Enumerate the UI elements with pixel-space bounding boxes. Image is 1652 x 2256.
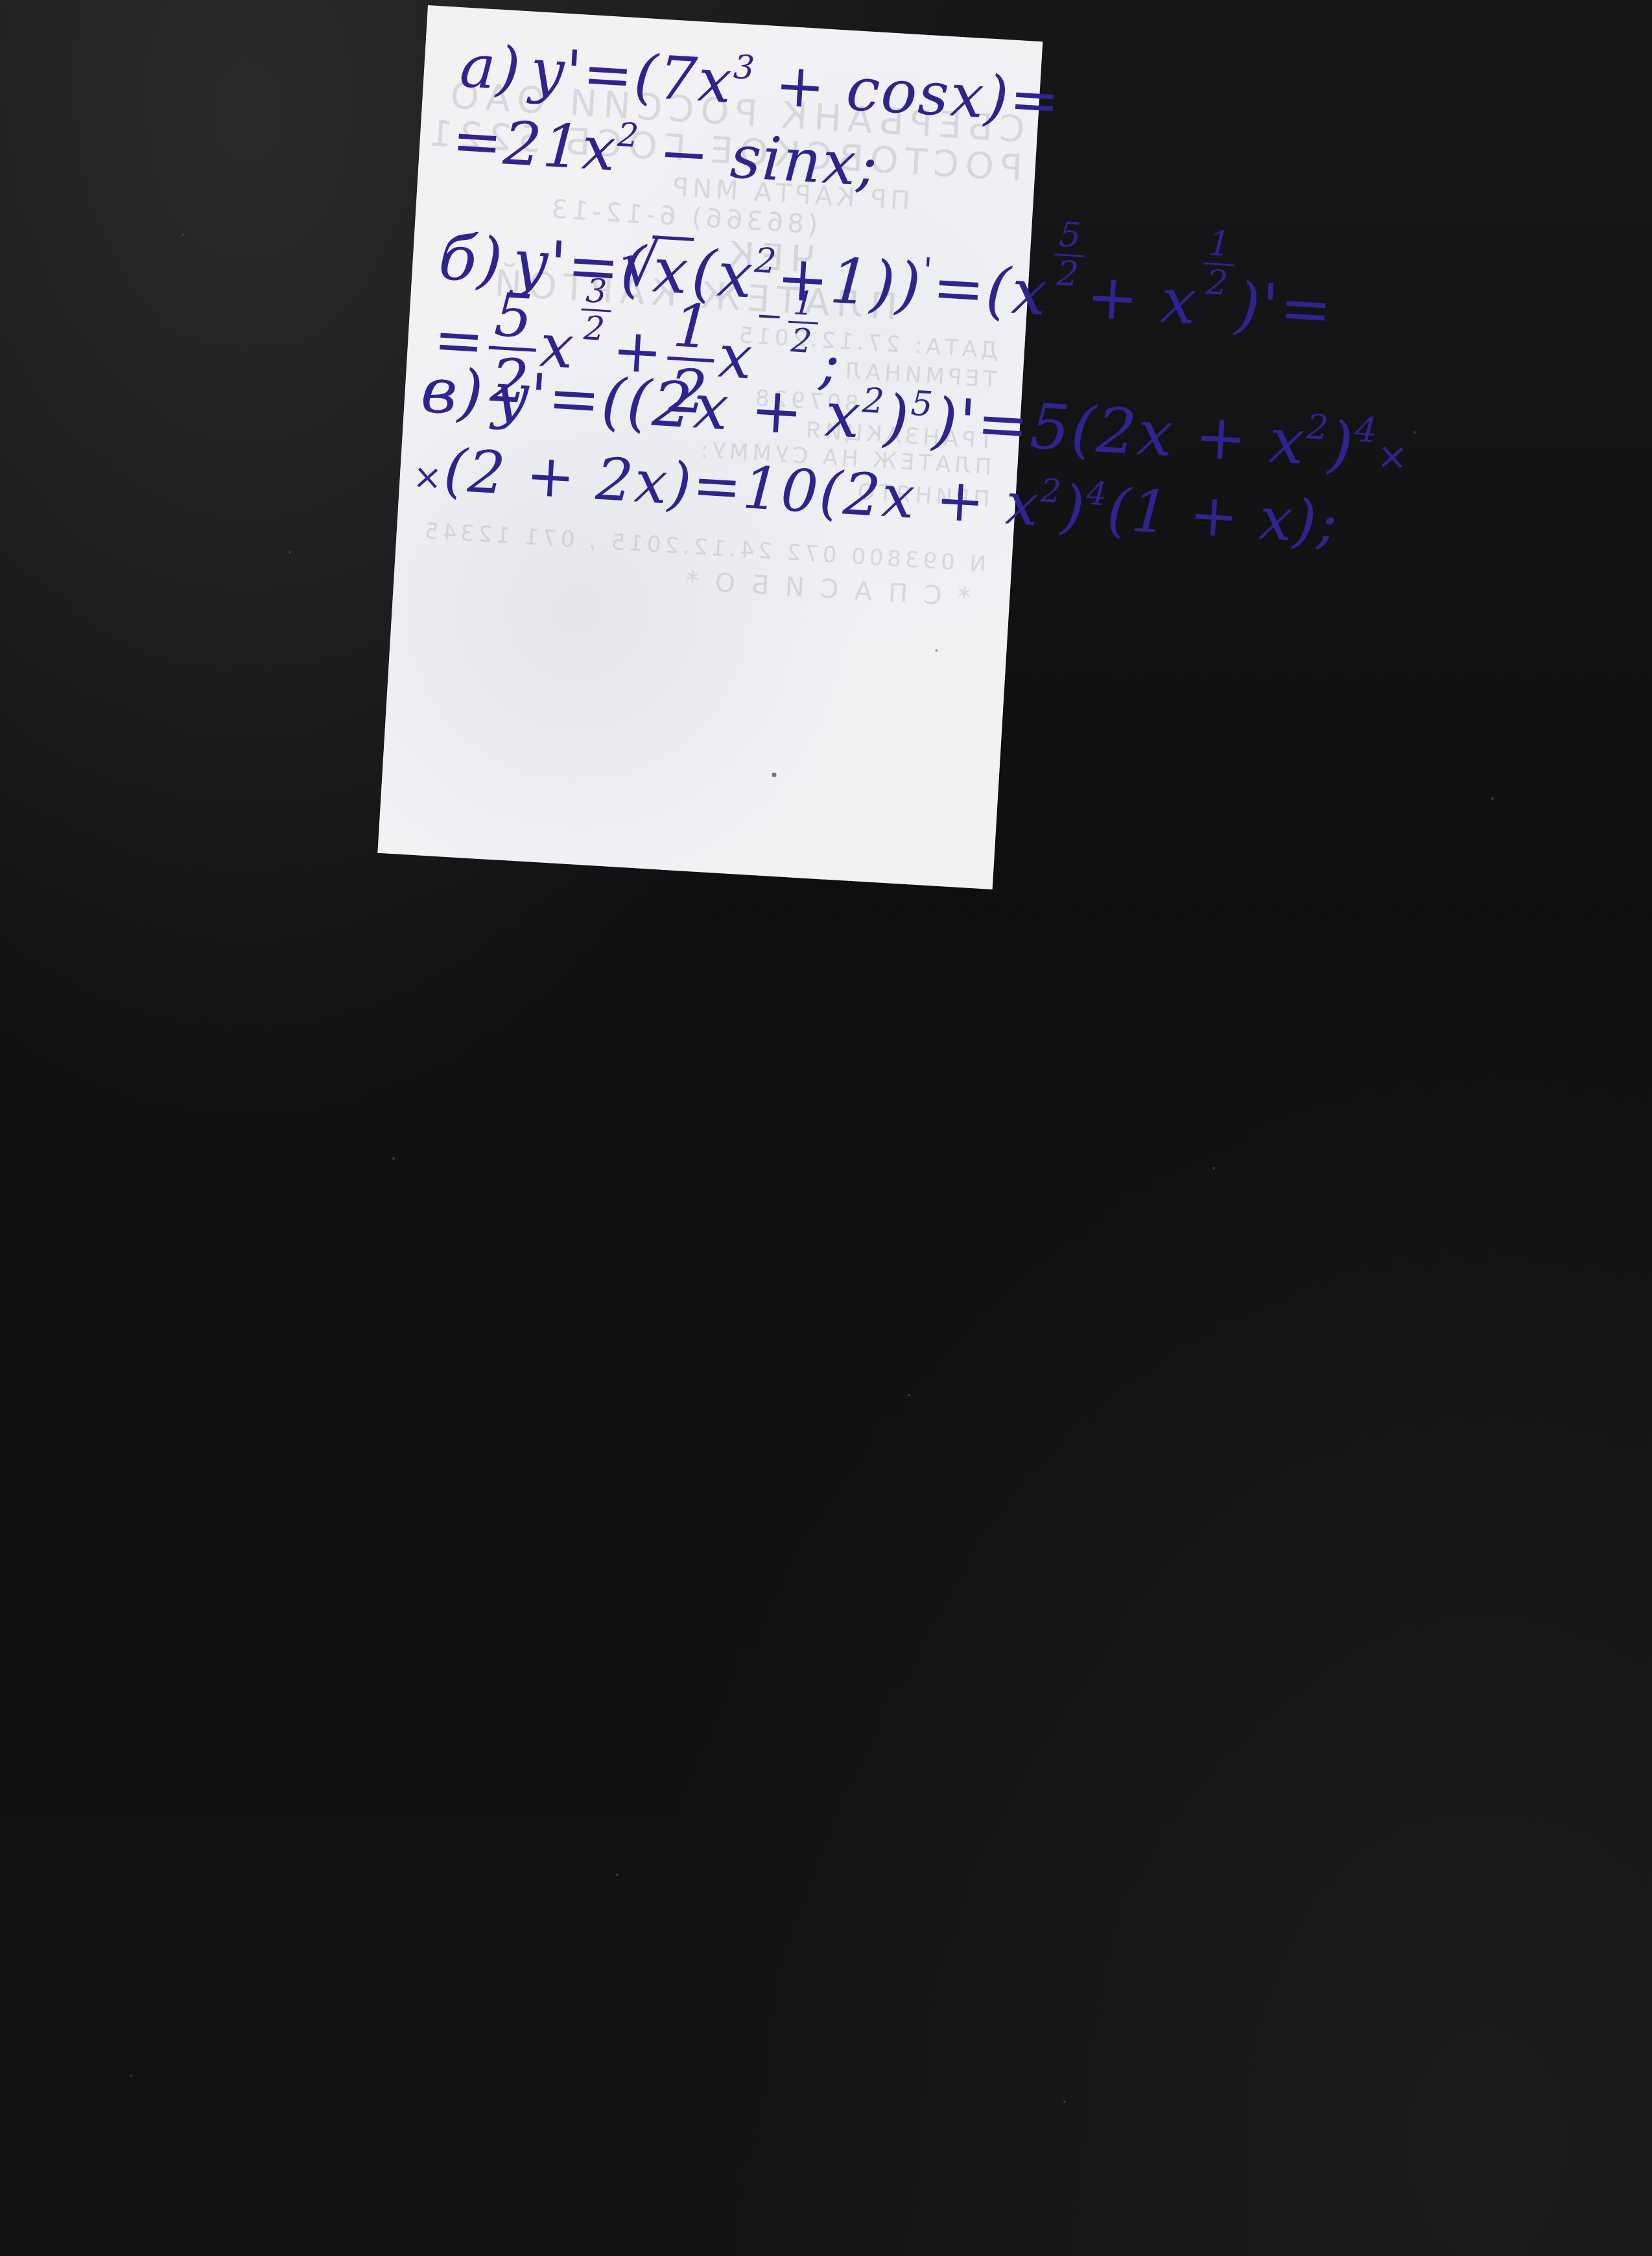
paper-spot: [772, 773, 776, 777]
dust-speck: [616, 1874, 619, 1876]
dust-speck: [1212, 1167, 1215, 1169]
paper-spot: [935, 649, 938, 652]
exponent-fraction: 12: [1201, 227, 1236, 301]
dust-speck: [392, 1157, 395, 1160]
dust-speck: [1063, 2100, 1066, 2103]
exponent-fraction: 12: [786, 287, 821, 358]
problem-label: в): [419, 354, 486, 430]
dust-speck: [1491, 797, 1494, 800]
paper-sheet: СБЕРБАНК РОССИИ ОАО РОСТОВСКОЕ ГОСБ 5221…: [377, 5, 1043, 889]
dust-speck: [289, 551, 291, 554]
exponent-fraction: 52: [1052, 218, 1087, 292]
exponent-fraction: 32: [579, 274, 613, 346]
dust-speck: [182, 233, 184, 236]
dust-speck: [1413, 431, 1416, 434]
problem-label: a): [458, 31, 523, 104]
dust-speck: [130, 2074, 132, 2077]
dust-speck: [908, 1394, 910, 1396]
